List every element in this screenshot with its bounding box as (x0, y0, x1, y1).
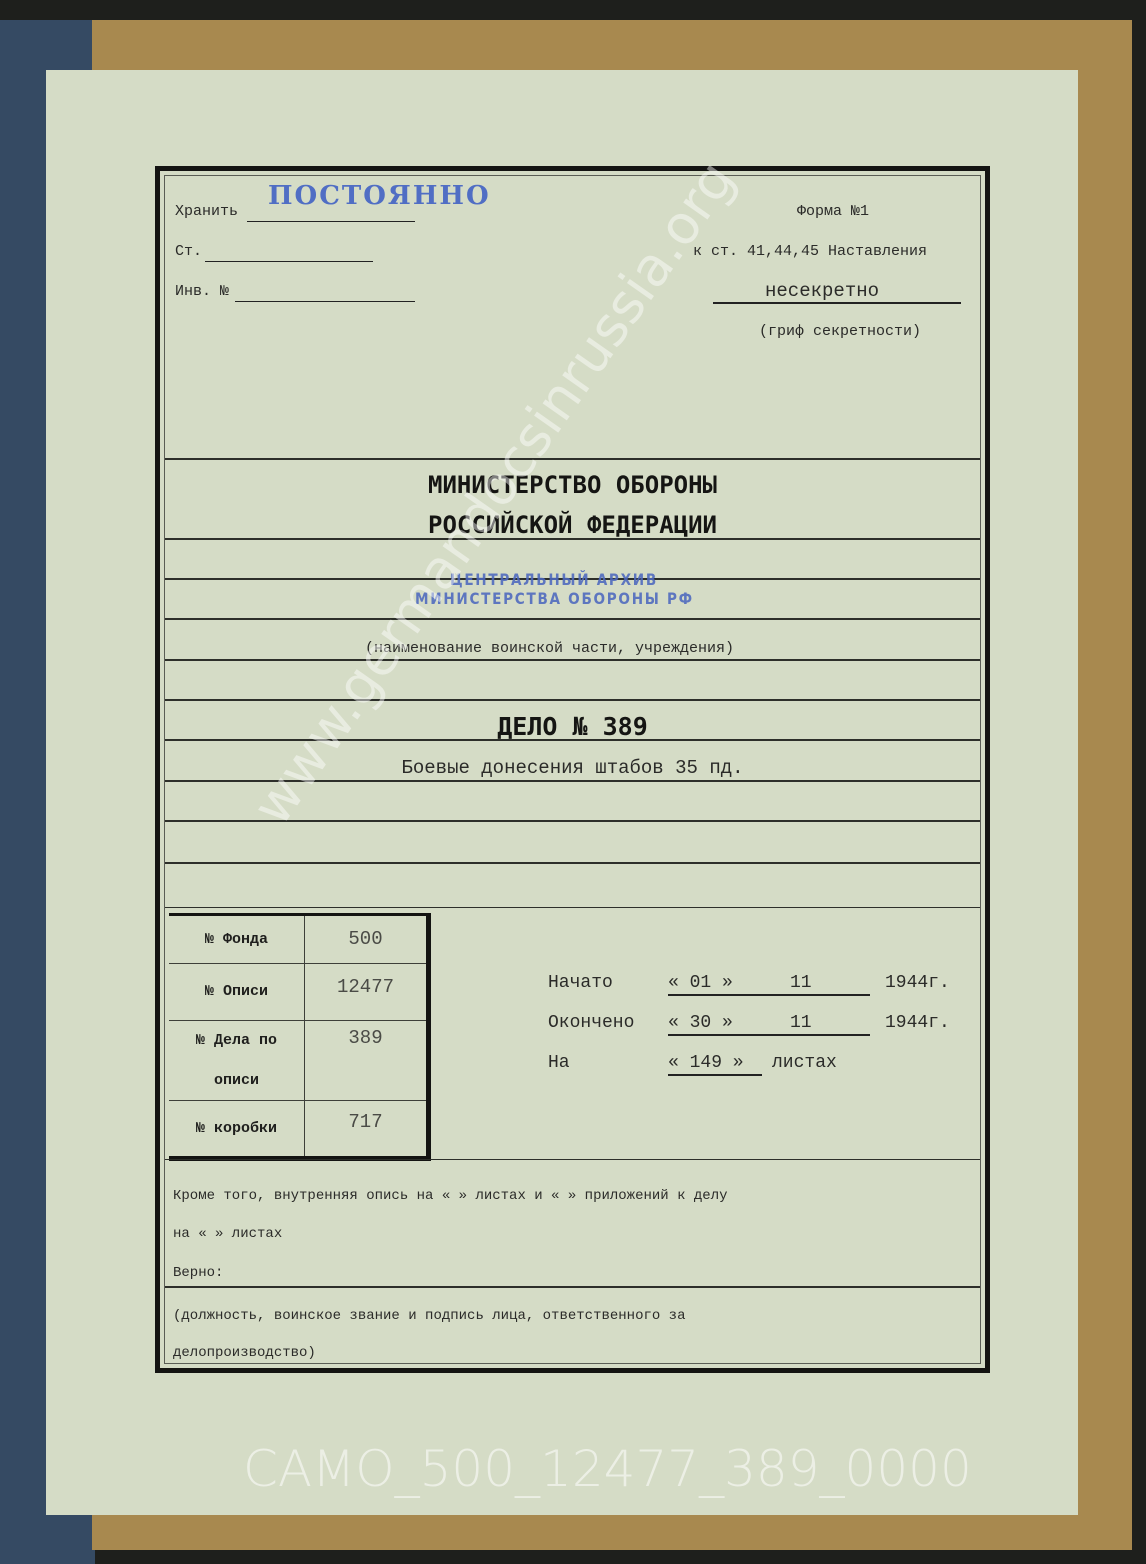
rule (165, 538, 980, 540)
form-inner-border: Хранить ПОСТОЯННО Ст. Инв. № Форма №1 к … (164, 175, 981, 1364)
form-reference: к ст. 41,44,45 Наставления (693, 243, 927, 260)
keep-label: Хранить (175, 203, 238, 220)
classification: несекретно (765, 280, 879, 302)
inv-label: Инв. № (175, 283, 229, 300)
fund-row: № Фонда 500 (169, 916, 426, 964)
rule (165, 739, 980, 741)
archive-stamp-line-2: МИНИСТЕРСТВА ОБОРОНЫ РФ (415, 589, 694, 608)
inventory-row: № Описи 12477 (169, 964, 426, 1021)
ended-label: Окончено (548, 1013, 634, 1033)
unit-caption: (наименование воинской части, учреждения… (365, 640, 734, 657)
rule (165, 1159, 980, 1160)
ministry-line-2: РОССИЙСКОЙ ФЕДЕРАЦИИ (165, 511, 980, 539)
box-value: 717 (305, 1101, 426, 1156)
sheets-suffix: листах (772, 1053, 837, 1073)
started-underline (668, 994, 870, 996)
case-number-row: № Дела по описи 389 (169, 1021, 426, 1101)
case-description: Боевые донесения штабов 35 пд. (165, 757, 980, 779)
sheets-label: На (548, 1053, 570, 1073)
ended-underline (668, 1034, 870, 1036)
case-number-label: № Дела по описи (169, 1021, 305, 1100)
started-year: 1944г. (885, 973, 950, 993)
rule (165, 458, 980, 460)
case-number-value: 389 (305, 1021, 426, 1100)
inventory-value: 12477 (305, 964, 426, 1020)
ended-year: 1944г. (885, 1013, 950, 1033)
sheets-underline (668, 1074, 762, 1076)
signature-caption-2: делопроизводство) (173, 1345, 316, 1361)
archive-form: Хранить ПОСТОЯННО Ст. Инв. № Форма №1 к … (155, 166, 990, 1373)
rule (165, 820, 980, 822)
archive-stamp-line-1: ЦЕНТРАЛЬНЫЙ АРХИВ (450, 570, 658, 589)
ended-day: « 30 » (668, 1013, 733, 1033)
started-day: « 01 » (668, 973, 733, 993)
fund-label: № Фонда (169, 916, 305, 963)
inv-underline (235, 301, 415, 302)
started-month: 11 (790, 973, 812, 993)
signature-caption-1: (должность, воинское звание и подпись ли… (173, 1308, 685, 1324)
sheets-line: на « » листах (173, 1226, 282, 1242)
case-title: ДЕЛО № 389 (165, 712, 980, 741)
inventory-line: Кроме того, внутренняя опись на « » лист… (173, 1188, 728, 1204)
box-row: № коробки 717 (169, 1101, 426, 1156)
classification-underline (713, 302, 961, 304)
fund-value: 500 (305, 916, 426, 963)
st-underline (205, 261, 373, 262)
rule (165, 618, 980, 620)
fund-table: № Фонда 500 № Описи 12477 № Дела по опис… (169, 913, 431, 1161)
inventory-label: № Описи (169, 964, 305, 1020)
rule (165, 659, 980, 661)
rule (165, 907, 980, 908)
st-label: Ст. (175, 243, 202, 260)
keep-underline (247, 221, 415, 222)
classification-caption: (гриф секретности) (759, 323, 921, 340)
started-label: Начато (548, 973, 613, 993)
ended-month: 11 (790, 1013, 812, 1033)
rule (165, 1286, 980, 1288)
rule (165, 780, 980, 782)
rule (165, 699, 980, 701)
form-number: Форма №1 (797, 203, 869, 220)
rule (165, 862, 980, 864)
verified-label: Верно: (173, 1265, 223, 1281)
file-code-watermark: CAMO_500_12477_389_0000 (243, 1440, 972, 1498)
ministry-line-1: МИНИСТЕРСТВО ОБОРОНЫ (165, 471, 980, 499)
box-label: № коробки (169, 1101, 305, 1156)
permanent-stamp: ПОСТОЯННО (268, 181, 491, 211)
sheets-count: « 149 » (668, 1053, 744, 1073)
